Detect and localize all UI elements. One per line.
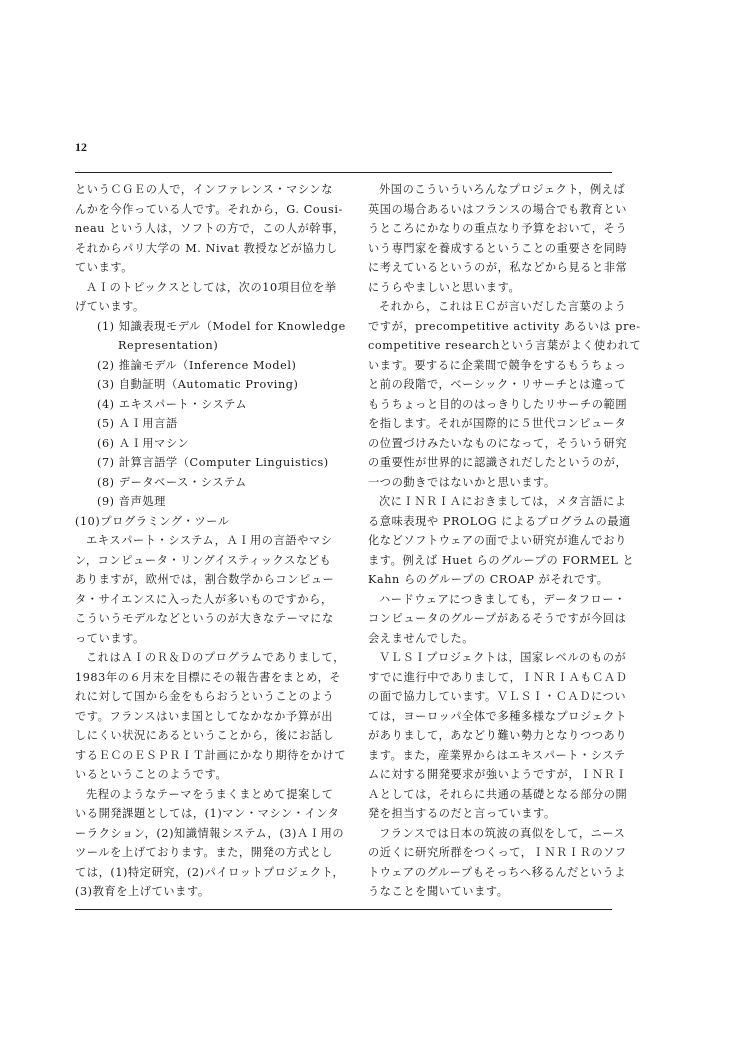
text-line: フランスでは日本の筑波の真似をして，ニース [368, 824, 614, 844]
text-line: いるということのようです。 [75, 765, 360, 785]
text-line: こういうモデルなどというのが大きなテーマにな [75, 609, 360, 629]
text-line: んかを今作っている人です。それから，G. Cousi- [75, 200, 360, 220]
footer-rule [75, 909, 612, 910]
text-line: (10)プログラミング・ツール [75, 512, 360, 532]
text-line: いう専門家を養成するということの重要さを同時 [368, 239, 614, 259]
text-line: ＡＩのトピックスとしては，次の10項目位を挙 [75, 278, 360, 298]
left-column: というＣＧＥの人で，インファレンス・マシンなんかを今作っている人です。それから，… [75, 180, 360, 902]
text-line: ツールを上げております。また，開発の方式とし [75, 843, 360, 863]
text-line: (6) ＡＩ用マシン [75, 434, 360, 454]
text-line: タ・サイエンスに入った人が多いものですから， [75, 590, 360, 610]
text-line: に考えているというのが，私などから見ると非常 [368, 258, 614, 278]
text-line: です。フランスはいま国としてなかなか予算が出 [75, 707, 360, 727]
text-line: これはＡＩのＲ＆Ｄのプログラムでありまして， [75, 648, 360, 668]
text-line: トウェアのグループもそっちへ移るんだというよ [368, 863, 614, 883]
text-line: それから，これはＥＣが言いだした言葉のよう [368, 297, 614, 317]
text-line: というＣＧＥの人で，インファレンス・マシンな [75, 180, 360, 200]
text-line: するＥＣのＥＳＰＲＩＴ計画にかなり期待をかけて [75, 746, 360, 766]
text-line: (8) データベース・システム [75, 473, 360, 493]
text-line: います。要するに企業間で競争をするもうちょっ [368, 356, 614, 376]
text-line: (7) 計算言語学（Computer Linguistics) [75, 453, 360, 473]
text-line: ます。例えば Huet らのグループの FORMEL と [368, 551, 614, 571]
text-line: (2) 推論モデル（Inference Model) [75, 356, 360, 376]
right-column: 外国のこういういろんなプロジェクト，例えば英国の場合あるいはフランスの場合でも教… [368, 180, 614, 902]
text-line: 1983年の６月末を目標にその報告書をまとめ，そ [75, 668, 360, 688]
page-number: 12 [75, 140, 87, 155]
header-rule [75, 172, 612, 173]
text-line: れに対して国から金をもらおうということのよう [75, 687, 360, 707]
text-line: ーラクション，(2)知識情報システム，(3)ＡＩ用の [75, 824, 360, 844]
text-line: と前の段階で，ベーシック・リサーチとは違って [368, 375, 614, 395]
text-line: エキスパート・システム，ＡＩ用の言語やマシ [75, 531, 360, 551]
text-line: いる開発課題としては，(1)マン・マシン・インタ [75, 804, 360, 824]
text-line: ン，コンピュータ・リングイスティックスなども [75, 551, 360, 571]
text-line: Representation) [75, 336, 360, 356]
text-line: 外国のこういういろんなプロジェクト，例えば [368, 180, 614, 200]
text-line: ありますが，欧州では，割合数学からコンピュー [75, 570, 360, 590]
text-line: の位置づけみたいなものになって，そういう研究 [368, 434, 614, 454]
text-line: Kahn らのグループの CROAP がそれです。 [368, 570, 614, 590]
text-line: にうらやましいと思います。 [368, 278, 614, 298]
text-line: (5) ＡＩ用言語 [75, 414, 360, 434]
text-line: (3)教育を上げています。 [75, 882, 360, 902]
text-line: の面で協力しています。ＶＬＳＩ・ＣＡＤについ [368, 687, 614, 707]
text-line: 会えませんでした。 [368, 629, 614, 649]
text-line: (1) 知識表現モデル（Model for Knowledge [75, 317, 360, 337]
text-line: すでに進行中でありまして，ＩＮＲＩＡもＣＡＤ [368, 668, 614, 688]
text-line: 化などソフトウェアの面でよい研究が進んでおり [368, 531, 614, 551]
text-line: ですが，precompetitive activity あるいは pre- [368, 317, 614, 337]
text-line: (9) 音声処理 [75, 492, 360, 512]
text-line: それからパリ大学の M. Nivat 教授などが協力し [75, 239, 360, 259]
text-line: ムに対する開発要求が強いようですが，ＩＮＲＩ [368, 765, 614, 785]
text-line: 発を担当するのだと言っています。 [368, 804, 614, 824]
text-line: る意味表現や PROLOG によるプログラムの最適 [368, 512, 614, 532]
text-line: もうちょっと目的のはっきりしたリサーチの範囲 [368, 395, 614, 415]
text-line: 先程のようなテーマをうまくまとめて提案して [75, 785, 360, 805]
text-line: ては，(1)特定研究，(2)パイロットプロジェクト， [75, 863, 360, 883]
text-line: (3) 自動証明（Automatic Proving) [75, 375, 360, 395]
text-line: しにくい状況にあるということから，後にお話し [75, 726, 360, 746]
text-line: 次にＩＮＲＩＡにおきましては，メタ言語によ [368, 492, 614, 512]
text-line: ＶＬＳＩプロジェクトは，国家レベルのものが [368, 648, 614, 668]
text-line: を指します。それが国際的に５世代コンピュータ [368, 414, 614, 434]
text-line: うところにかなりの重点なり予算をおいて，そう [368, 219, 614, 239]
text-line: ては，ヨーロッパ全体で多種多様なプロジェクト [368, 707, 614, 727]
text-line: の重要性が世界的に認識されだしたというのが， [368, 453, 614, 473]
text-line: っています。 [75, 629, 360, 649]
text-line: コンピュータのグループがあるそうですが今回は [368, 609, 614, 629]
text-line: ハードウェアにつきましても，データフロー・ [368, 590, 614, 610]
text-line: Ａとしては，それらに共通の基礎となる部分の開 [368, 785, 614, 805]
text-line: 一つの動きではないかと思います。 [368, 473, 614, 493]
text-line: がありまして，あなどり難い勢力となりつつあり [368, 726, 614, 746]
text-line: うなことを聞いています。 [368, 882, 614, 902]
text-line: 英国の場合あるいはフランスの場合でも教育とい [368, 200, 614, 220]
text-line: neau という人は，ソフトの方で，この人が幹事， [75, 219, 360, 239]
text-line: ています。 [75, 258, 360, 278]
text-line: competitive researchという言葉がよく使われて [368, 336, 614, 356]
text-line: ます。また，産業界からはエキスパート・システ [368, 746, 614, 766]
text-line: げています。 [75, 297, 360, 317]
text-line: の近くに研究所群をつくって，ＩＮＲＩＲのソフ [368, 843, 614, 863]
text-line: (4) エキスパート・システム [75, 395, 360, 415]
